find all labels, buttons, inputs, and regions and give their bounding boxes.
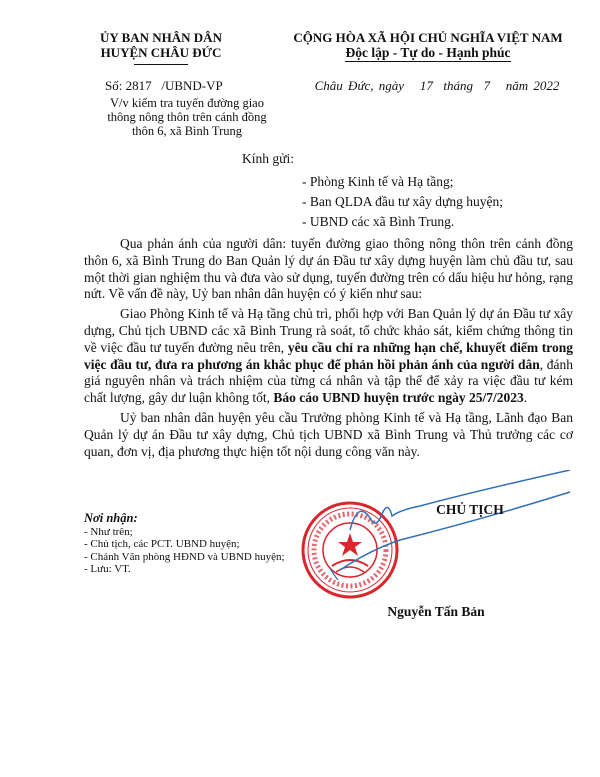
issuing-agency: ỦY BAN NHÂN DÂN HUYỆN CHÂU ĐỨC [86,30,236,65]
recipient-item: - Như trên; [84,526,285,539]
body-paragraph-1: Qua phản ánh của người dân: tuyến đường … [84,236,573,303]
agency-line-1: ỦY BAN NHÂN DÂN [86,30,236,45]
recipients-block: Nơi nhận: - Như trên; - Chủ tịch, các PC… [84,512,285,576]
subject-line: V/v kiểm tra tuyến đường giao [92,96,282,110]
document-subject: V/v kiểm tra tuyến đường giao thông nông… [92,96,282,138]
nation-name: CỘNG HÒA XÃ HỘI CHỦ NGHĨA VIỆT NAM [258,30,598,45]
document-date: Châu Đức, ngày 17 tháng 7 năm 2022 [287,78,587,94]
body-text: . [524,390,527,405]
addressee-item: - Phòng Kinh tế và Hạ tầng; [302,172,503,192]
addressee-item: - UBND các xã Bình Trung. [302,212,503,232]
recipients-title: Nơi nhận: [84,512,285,525]
agency-underline [134,64,188,65]
agency-line-2: HUYỆN CHÂU ĐỨC [86,45,236,60]
addressee-item: - Ban QLDA đầu tư xây dựng huyện; [302,192,503,212]
addressee-label: Kính gửi: [242,151,294,167]
national-header: CỘNG HÒA XÃ HỘI CHỦ NGHĨA VIỆT NAM Độc l… [258,30,598,62]
addressee-list: - Phòng Kinh tế và Hạ tầng; - Ban QLDA đ… [302,172,503,232]
recipient-item: - Lưu: VT. [84,563,285,576]
subject-line: thôn 6, xã Bình Trung [92,124,282,138]
signer-name: Nguyễn Tấn Bản [356,604,516,620]
subject-line: thông nông thôn trên cánh đồng [92,110,282,124]
recipient-item: - Chánh Văn phòng HĐND và UBND huyện; [84,551,285,564]
body-paragraph-2: Giao Phòng Kinh tế và Hạ tầng chủ trì, p… [84,306,573,407]
body-paragraph-3: Uỷ ban nhân dân huyện yêu cầu Trưởng phò… [84,410,573,460]
signer-title: CHỦ TỊCH [390,502,550,518]
national-motto: Độc lập - Tự do - Hạnh phúc [345,45,510,62]
document-body: Qua phản ánh của người dân: tuyến đường … [84,236,573,463]
report-deadline: Báo cáo UBND huyện trước ngày 25/7/2023 [273,390,523,405]
recipient-item: - Chủ tịch, các PCT. UBND huyện; [84,538,285,551]
signature-icon [330,470,580,600]
document-number: Số: 2817 /UBND-VP [105,78,223,94]
